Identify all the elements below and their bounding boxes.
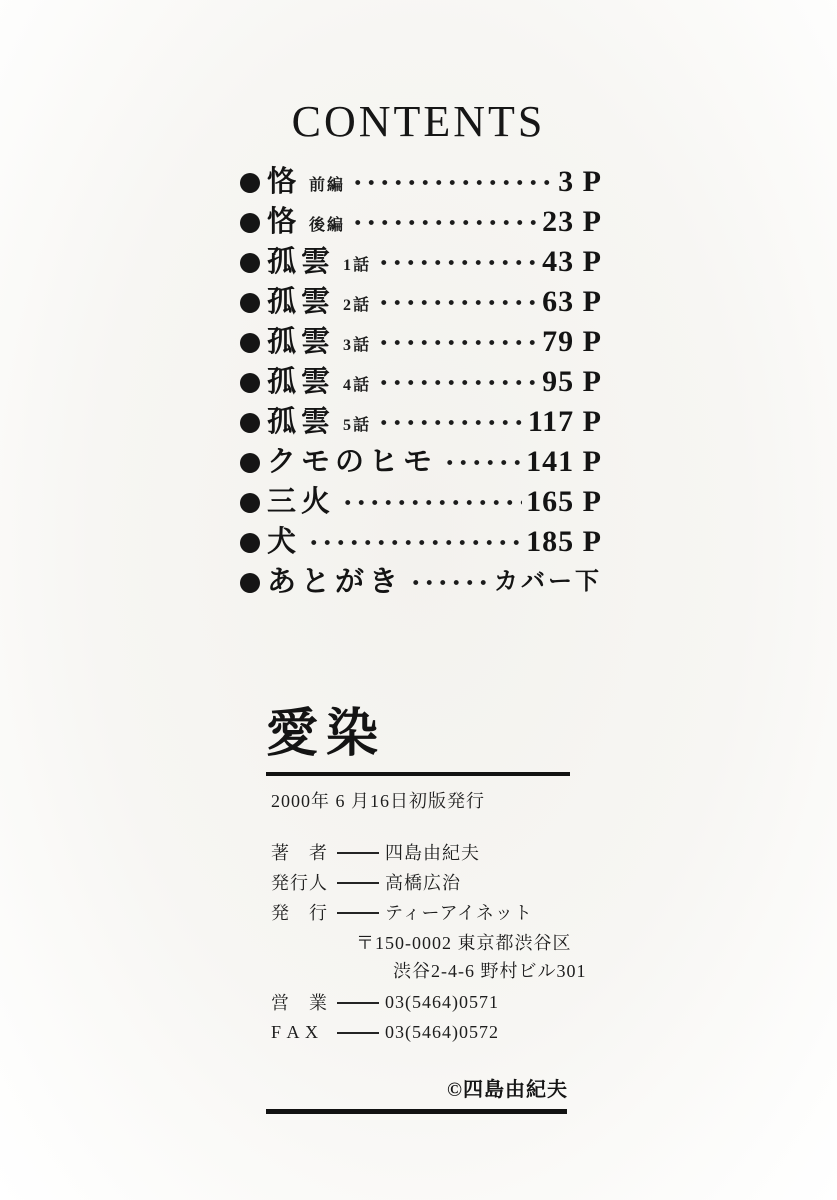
toc-item-page: 185 P: [526, 527, 602, 557]
toc-item: 恪 前編 3 P: [240, 162, 602, 202]
edition-line: 2000年 6 月16日初版発行: [271, 787, 572, 813]
toc-item-subtitle: 1話: [343, 252, 371, 275]
toc-item-title: 恪: [267, 168, 301, 197]
toc-item: 孤雲 5話 117 P: [240, 402, 602, 442]
toc-item-page: カバー下: [494, 570, 602, 594]
toc-item-title: 孤雲: [267, 288, 335, 317]
bullet-icon: [240, 453, 260, 473]
publisher-address-line1: 〒150-0002 東京都渋谷区: [356, 929, 572, 957]
divider-bottom: [266, 1109, 567, 1114]
toc-item: 恪 後編 23 P: [240, 202, 602, 242]
bullet-icon: [240, 493, 260, 513]
contact-value: 03(5464)0571: [385, 992, 499, 1013]
bullet-icon: [240, 413, 260, 433]
dot-leader: [307, 539, 522, 546]
bullet-icon: [240, 213, 260, 233]
dot-leader: [351, 219, 538, 226]
publisher-address-line2: 渋谷2-4-6 野村ビル301: [393, 957, 572, 985]
bullet-icon: [240, 533, 260, 553]
credit-label: 発行人: [271, 869, 335, 895]
credit-row-author: 著 者 四島由紀夫: [271, 837, 572, 867]
toc-item-title: 恪: [267, 208, 301, 237]
contact-label: 営 業: [271, 989, 335, 1015]
toc-item-subtitle: 後編: [309, 212, 345, 235]
toc-item-subtitle: 前編: [309, 172, 345, 195]
colophon: 愛染 2000年 6 月16日初版発行 著 者 四島由紀夫 発行人 高橋広治 発…: [266, 706, 572, 1114]
toc-item-page: 79 P: [542, 327, 602, 357]
credit-row-publisher: 発 行 ティーアイネット: [271, 897, 572, 927]
dot-leader: [409, 579, 490, 586]
credits-block: 著 者 四島由紀夫 発行人 高橋広治 発 行 ティーアイネット: [266, 837, 572, 927]
credit-value: 高橋広治: [385, 869, 461, 895]
toc-item-subtitle: 3話: [343, 332, 371, 355]
toc-list: 恪 前編 3 P 恪 後編 23 P 孤雲 1話 43 P 孤雲 2話 63 P: [240, 162, 602, 602]
toc-item-page: 63 P: [542, 287, 602, 317]
toc-item-title: 三火: [267, 488, 335, 517]
dot-leader: [341, 499, 522, 506]
dot-leader: [377, 379, 538, 386]
bullet-icon: [240, 173, 260, 193]
contact-label: F A X: [271, 1022, 335, 1043]
toc-item-title: 犬: [267, 528, 301, 557]
toc-colophon-page: CONTENTS 恪 前編 3 P 恪 後編 23 P 孤雲 1話 43 P 孤…: [0, 0, 837, 1200]
book-title: 愛染: [266, 706, 572, 763]
toc-item-title: 孤雲: [267, 408, 335, 437]
toc-item-subtitle: 4話: [343, 372, 371, 395]
contact-row-sales: 営 業 03(5464)0571: [271, 987, 572, 1017]
dot-leader: [377, 339, 538, 346]
toc-item: 三火 165 P: [240, 482, 602, 522]
copyright-line: ©四島由紀夫: [266, 1073, 572, 1102]
toc-item: 犬 185 P: [240, 522, 602, 562]
credit-value: ティーアイネット: [385, 899, 533, 925]
bullet-icon: [240, 293, 260, 313]
bullet-icon: [240, 253, 260, 273]
toc-item-page: 3 P: [558, 167, 602, 197]
dash-line: [337, 1032, 379, 1034]
toc-item: 孤雲 2話 63 P: [240, 282, 602, 322]
contacts-block: 営 業 03(5464)0571 F A X 03(5464)0572: [266, 987, 572, 1047]
dash-line: [337, 912, 379, 914]
credit-value: 四島由紀夫: [385, 839, 480, 865]
toc-item-page: 23 P: [542, 207, 602, 237]
credit-row-publisher-person: 発行人 高橋広治: [271, 867, 572, 897]
toc-item-page: 117 P: [528, 407, 602, 437]
page-title: CONTENTS: [0, 96, 837, 147]
dot-leader: [443, 459, 522, 466]
toc-item: あとがき カバー下: [240, 562, 602, 602]
dot-leader: [377, 299, 538, 306]
dot-leader: [377, 259, 538, 266]
toc-item: クモのヒモ 141 P: [240, 442, 602, 482]
credit-label: 著 者: [271, 839, 335, 865]
toc-item-page: 43 P: [542, 247, 602, 277]
bullet-icon: [240, 333, 260, 353]
dash-line: [337, 1002, 379, 1004]
dash-line: [337, 882, 379, 884]
toc-item-page: 95 P: [542, 367, 602, 397]
dot-leader: [377, 419, 524, 426]
bullet-icon: [240, 573, 260, 593]
contact-row-fax: F A X 03(5464)0572: [271, 1017, 572, 1047]
dash-line: [337, 852, 379, 854]
toc-item: 孤雲 3話 79 P: [240, 322, 602, 362]
bullet-icon: [240, 373, 260, 393]
contact-value: 03(5464)0572: [385, 1022, 499, 1043]
toc-item-subtitle: 5話: [343, 412, 371, 435]
toc-item: 孤雲 4話 95 P: [240, 362, 602, 402]
toc-item-title: 孤雲: [267, 368, 335, 397]
credit-label: 発 行: [271, 899, 335, 925]
toc-item-title: 孤雲: [267, 328, 335, 357]
toc-item-title: クモのヒモ: [267, 448, 437, 477]
toc-item-page: 165 P: [526, 487, 602, 517]
toc-item-page: 141 P: [526, 447, 602, 477]
dot-leader: [351, 179, 554, 186]
toc-item-title: 孤雲: [267, 248, 335, 277]
divider-top: [266, 772, 570, 776]
toc-item-subtitle: 2話: [343, 292, 371, 315]
toc-item: 孤雲 1話 43 P: [240, 242, 602, 282]
toc-item-title: あとがき: [267, 568, 403, 597]
